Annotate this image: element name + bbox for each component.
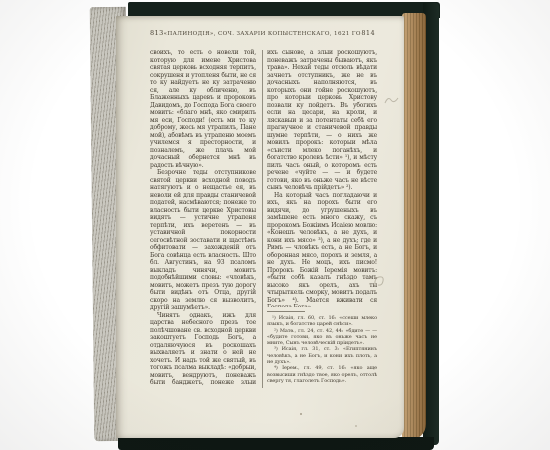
- right-column-body: ихъ сынове, а злыи роскошуютъ, поневажъ …: [267, 49, 377, 307]
- paragraph: Чинятъ однакъ, ижъ для царства небесного…: [150, 312, 256, 388]
- page-speck: [355, 425, 357, 427]
- footnote-separator: [267, 311, 305, 312]
- column-divider-rule: [262, 50, 263, 388]
- running-title: «ПАЛИНОДІЯ», СОЧ. ЗАХАРІИ КОПЫСТЕНСКАГО,…: [164, 31, 362, 37]
- paragraph: Безрочне теды отступникове святой церкви…: [150, 169, 256, 312]
- paragraph: ихъ сынове, а злыи роскошуютъ, поневажъ …: [267, 49, 377, 192]
- footnote-item: ³) Исаія, гл. 31, ст. 3: «Египтянинъ чел…: [267, 346, 377, 365]
- paragraph: На который часъ погладаючи и ихъ, якъ на…: [267, 192, 377, 308]
- page-speck: [300, 413, 302, 415]
- right-text-column: ихъ сынове, а злыи роскошуютъ, поневажъ …: [267, 49, 377, 421]
- column-number-left: 813: [150, 29, 164, 37]
- fore-edge-page-block: [402, 13, 426, 440]
- footnote-item: ²) Матѳ., гл. 24, ст. 42, 44: «бдите — —…: [267, 328, 377, 347]
- footnotes: ¹) Исаія, гл. 60, ст. 16: «ссеши млеко я…: [267, 315, 377, 384]
- column-number-right: 814: [361, 29, 375, 37]
- paragraph: своихъ, то есть о новели той, которую дл…: [150, 49, 256, 169]
- page-header: 813 «ПАЛИНОДІЯ», СОЧ. ЗАХАРІИ КОПЫСТЕНСК…: [150, 29, 375, 37]
- footnote-item: ⁴) Іерем., гл. 49, ст. 16: «яко аще возв…: [267, 365, 377, 384]
- left-text-column: своихъ, то есть о новели той, которую дл…: [150, 49, 256, 387]
- open-page: 813 «ПАЛИНОДІЯ», СОЧ. ЗАХАРІИ КОПЫСТЕНСК…: [116, 16, 404, 438]
- book-photo: 813 «ПАЛИНОДІЯ», СОЧ. ЗАХАРІИ КОПЫСТЕНСК…: [0, 0, 550, 450]
- book-cover-bottom: [118, 437, 434, 450]
- footnote-item: ¹) Исаія, гл. 60, ст. 16: «ссеши млеко я…: [267, 315, 377, 328]
